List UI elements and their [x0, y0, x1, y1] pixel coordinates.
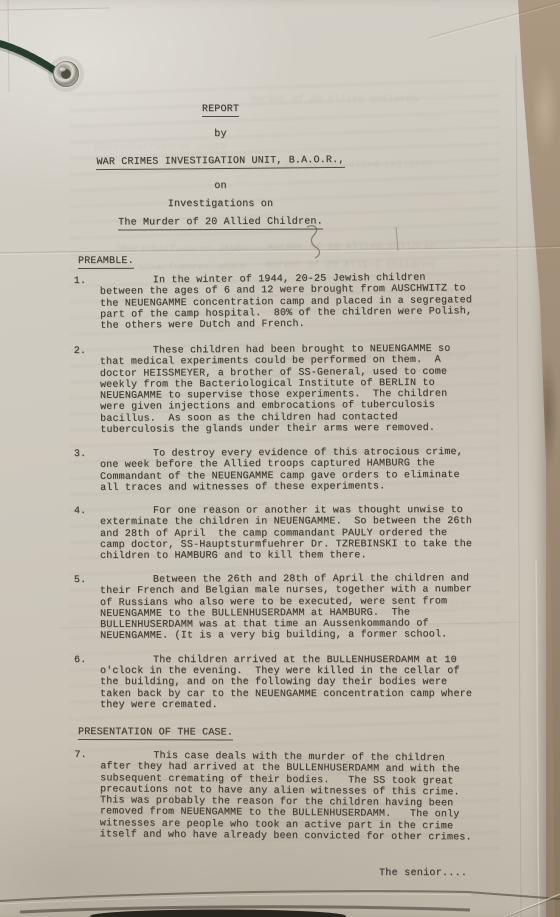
title-block: REPORT by WAR CRIMES INVESTIGATION UNIT,… — [78, 104, 363, 228]
paragraph-5: 5. Between the 26th and 28th of April th… — [74, 573, 546, 643]
preamble-heading: PREAMBLE. — [78, 254, 546, 267]
paragraph-text: Between the 26th and 28th of April the c… — [100, 573, 474, 642]
paragraph-number: 2. — [74, 346, 101, 437]
continuation-note: The senior.... — [379, 868, 467, 879]
paragraph-text: These children had been brought to NEUEN… — [100, 343, 475, 436]
presentation-heading: PRESENTATION OF THE CASE. — [78, 727, 546, 740]
paragraph-number: 4. — [74, 506, 100, 563]
subject-line: The Murder of 20 Allied Children. — [78, 216, 363, 228]
document-body: PREAMBLE. 1. In the winter of 1944, 20-2… — [0, 256, 546, 841]
paragraph-4: 4. For one reason or another it was thou… — [74, 505, 546, 563]
paragraph-2: 2. These children had been brought to NE… — [74, 343, 547, 436]
byline: by — [78, 129, 363, 140]
paragraph-3: 3. To destroy every evidence of this atr… — [74, 447, 546, 495]
paragraph-text: To destroy every evidence of this atroci… — [100, 447, 474, 494]
paragraph-number: 1. — [74, 276, 101, 333]
report-title: REPORT — [78, 104, 363, 115]
paragraph-text: In the winter of 1944, 20-25 Jewish chil… — [100, 272, 475, 332]
paragraph-number: 5. — [74, 575, 100, 643]
paragraph-text: The children arrived at the BULLENHUSERD… — [100, 655, 474, 711]
paragraph-6: 6. The children arrived at the BULLENHUS… — [74, 655, 546, 711]
paragraph-text: For one reason or another it was thought… — [100, 505, 474, 562]
investigations-line: Investigations on — [78, 199, 363, 210]
paragraph-number: 3. — [74, 449, 100, 494]
paragraph-text: This case deals with the murder of the c… — [100, 751, 475, 845]
scanned-document-photo: murder of 20 Allied children Oberscharfu… — [0, 0, 560, 917]
on-label: on — [78, 181, 363, 192]
paragraph-7: 7. This case deals with the murder of th… — [74, 750, 547, 844]
unit-name: WAR CRIMES INVESTIGATION UNIT, B.A.O.R., — [78, 155, 363, 168]
paragraph-1: 1. In the winter of 1944, 20-25 Jewish c… — [74, 272, 547, 333]
paragraph-number: 6. — [74, 655, 100, 711]
paragraph-number: 7. — [74, 750, 101, 841]
